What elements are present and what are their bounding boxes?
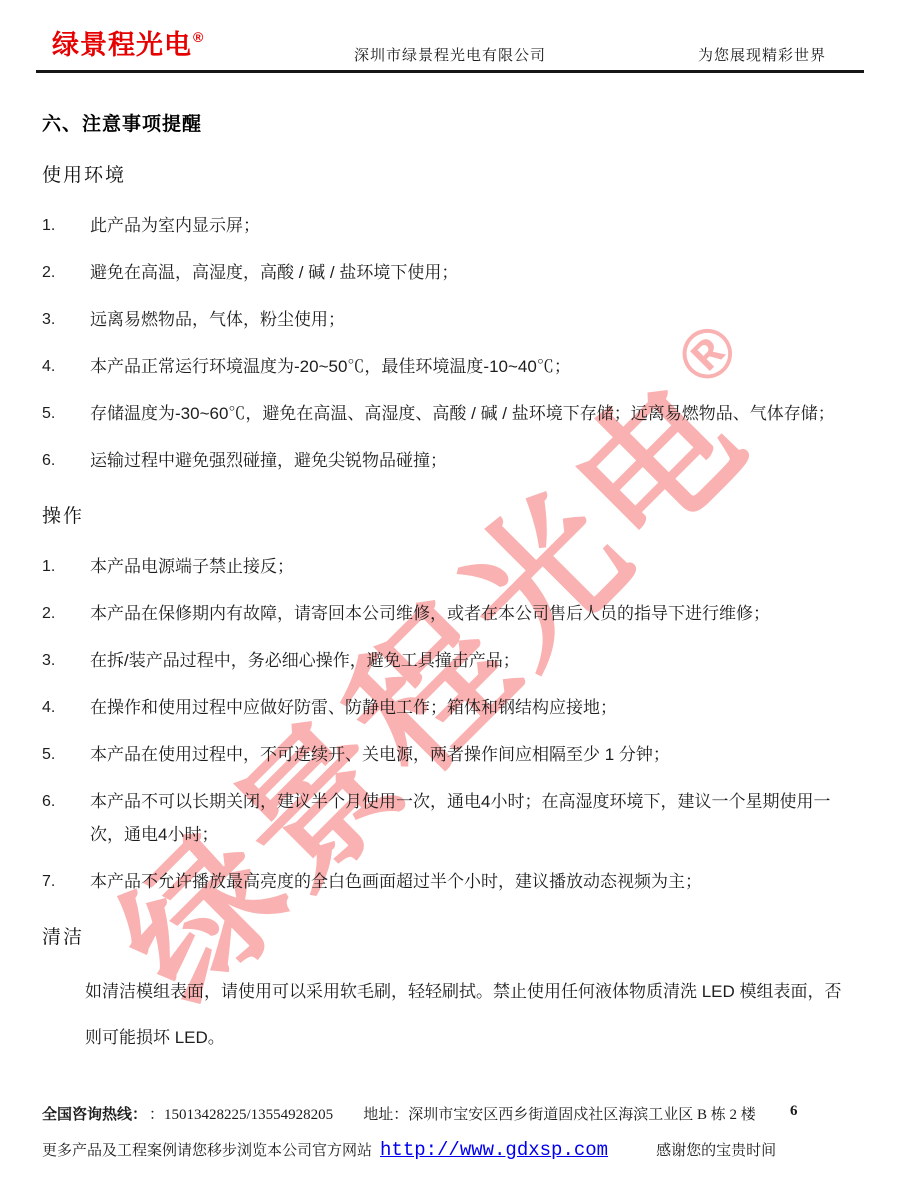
list-item: 1. 本产品电源端子禁止接反；	[42, 550, 858, 583]
list-item: 6. 运输过程中避免强烈碰撞，避免尖锐物品碰撞；	[42, 444, 858, 477]
item-text: 本产品电源端子禁止接反；	[90, 550, 858, 583]
item-number: 6.	[42, 785, 90, 851]
item-text: 本产品在保修期内有故障，请寄回本公司维修，或者在本公司售后人员的指导下进行维修；	[90, 597, 858, 630]
list-item: 3. 远离易燃物品，气体，粉尘使用；	[42, 303, 858, 336]
page-number: 6	[790, 1103, 798, 1120]
page-content: 绿景程光电® 深圳市绿景程光电有限公司 为您展现精彩世界 六、注意事项提醒 使用…	[0, 0, 900, 1061]
section-heading-cleaning: 清洁	[42, 922, 858, 949]
item-text: 避免在高温，高湿度，高酸 / 碱 / 盐环境下使用；	[90, 256, 858, 289]
item-number: 6.	[42, 444, 90, 477]
logo-registered-icon: ®	[193, 29, 204, 45]
list-item: 6. 本产品不可以长期关闭，建议半个月使用一次，通电4小时；在高湿度环境下，建议…	[42, 785, 858, 851]
item-text: 此产品为室内显示屏；	[90, 209, 858, 242]
list-item: 4. 在操作和使用过程中应做好防雷、防静电工作；箱体和钢结构应接地；	[42, 691, 858, 724]
section-heading-operation: 操作	[42, 501, 858, 528]
item-text: 本产品不可以长期关闭，建议半个月使用一次，通电4小时；在高湿度环境下，建议一个星…	[90, 785, 858, 851]
item-number: 4.	[42, 350, 90, 383]
document-page: 绿景程光电® 绿景程光电® 深圳市绿景程光电有限公司 为您展现精彩世界 六、注意…	[0, 0, 900, 1195]
item-number: 5.	[42, 397, 90, 430]
logo-text: 绿景程光电	[52, 30, 192, 60]
item-text: 运输过程中避免强烈碰撞，避免尖锐物品碰撞；	[90, 444, 858, 477]
operation-list: 1. 本产品电源端子禁止接反； 2. 本产品在保修期内有故障，请寄回本公司维修，…	[42, 550, 858, 898]
thanks-text: 感谢您的宝贵时间	[656, 1139, 776, 1160]
list-item: 5. 存储温度为-30~60℃，避免在高温、高湿度、高酸 / 碱 / 盐环境下存…	[42, 397, 858, 430]
list-item: 3. 在拆/装产品过程中，务必细心操作，避免工具撞击产品；	[42, 644, 858, 677]
item-number: 3.	[42, 303, 90, 336]
list-item: 4. 本产品正常运行环境温度为-20~50℃，最佳环境温度-10~40℃；	[42, 350, 858, 383]
usage-environment-list: 1. 此产品为室内显示屏； 2. 避免在高温，高湿度，高酸 / 碱 / 盐环境下…	[42, 209, 858, 477]
item-text: 本产品正常运行环境温度为-20~50℃，最佳环境温度-10~40℃；	[90, 350, 858, 383]
address-text: 深圳市宝安区西乡街道固戍社区海滨工业区 B 栋 2 楼	[408, 1103, 756, 1124]
item-text: 存储温度为-30~60℃，避免在高温、高湿度、高酸 / 碱 / 盐环境下存储；远…	[90, 397, 858, 430]
list-item: 2. 本产品在保修期内有故障，请寄回本公司维修，或者在本公司售后人员的指导下进行…	[42, 597, 858, 630]
item-number: 3.	[42, 644, 90, 677]
page-header: 绿景程光电® 深圳市绿景程光电有限公司 为您展现精彩世界	[36, 0, 864, 73]
item-number: 1.	[42, 209, 90, 242]
hotline-label: 全国咨询热线：	[42, 1103, 147, 1124]
item-text: 在拆/装产品过程中，务必细心操作，避免工具撞击产品；	[90, 644, 858, 677]
item-number: 2.	[42, 256, 90, 289]
company-logo: 绿景程光电®	[52, 23, 204, 62]
item-number: 7.	[42, 865, 90, 898]
page-title: 六、注意事项提醒	[42, 109, 858, 136]
website-link[interactable]: http://www.gdxsp.com	[380, 1139, 608, 1161]
hotline-numbers: ：15013428225/13554928205	[149, 1103, 333, 1124]
item-number: 2.	[42, 597, 90, 630]
cleaning-paragraph: 如清洁模组表面，请使用可以采用软毛刷，轻轻刷拭。禁止使用任何液体物质清洗 LED…	[42, 969, 858, 1061]
item-text: 本产品在使用过程中，不可连续开、关电源，两者操作间应相隔至少 1 分钟；	[90, 738, 858, 771]
item-text: 在操作和使用过程中应做好防雷、防静电工作；箱体和钢结构应接地；	[90, 691, 858, 724]
item-number: 1.	[42, 550, 90, 583]
page-footer: 全国咨询热线： ：15013428225/13554928205 地址： 深圳市…	[42, 1103, 858, 1161]
header-slogan: 为您展现精彩世界	[698, 44, 826, 65]
list-item: 5. 本产品在使用过程中，不可连续开、关电源，两者操作间应相隔至少 1 分钟；	[42, 738, 858, 771]
header-company-name: 深圳市绿景程光电有限公司	[354, 44, 546, 65]
item-number: 4.	[42, 691, 90, 724]
main-body: 六、注意事项提醒 使用环境 1. 此产品为室内显示屏； 2. 避免在高温，高湿度…	[0, 109, 900, 1061]
address-label: 地址：	[363, 1103, 408, 1124]
item-text: 远离易燃物品，气体，粉尘使用；	[90, 303, 858, 336]
item-text: 本产品不允许播放最高亮度的全白色画面超过半个小时，建议播放动态视频为主；	[90, 865, 858, 898]
section-heading-usage-environment: 使用环境	[42, 160, 858, 187]
website-prompt-text: 更多产品及工程案例请您移步浏览本公司官方网站	[42, 1139, 372, 1160]
list-item: 2. 避免在高温，高湿度，高酸 / 碱 / 盐环境下使用；	[42, 256, 858, 289]
footer-line-website: 更多产品及工程案例请您移步浏览本公司官方网站 http://www.gdxsp.…	[42, 1139, 858, 1161]
footer-line-contact: 全国咨询热线： ：15013428225/13554928205 地址： 深圳市…	[42, 1103, 858, 1124]
item-number: 5.	[42, 738, 90, 771]
list-item: 7. 本产品不允许播放最高亮度的全白色画面超过半个小时，建议播放动态视频为主；	[42, 865, 858, 898]
list-item: 1. 此产品为室内显示屏；	[42, 209, 858, 242]
